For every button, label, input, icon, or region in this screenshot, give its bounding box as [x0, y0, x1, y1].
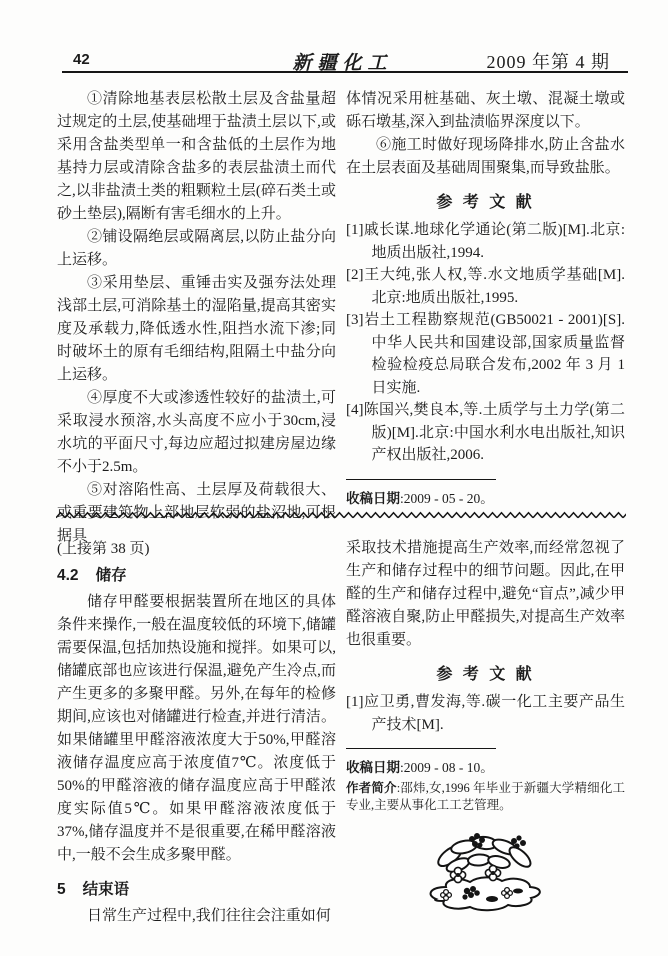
author-bio: 作者简介:邵炜,女,1996 年毕业于新疆大学精细化工专业,主要从事化工工艺管理… — [346, 780, 625, 813]
reference-item: [1]应卫勇,曹发海,等.碳一化工主要产品生产技术[M]. — [346, 691, 625, 736]
paragraph: ②铺设隔绝层或隔离层,以防止盐分向上运移。 — [57, 226, 336, 272]
received-label: 收稿日期 — [346, 491, 400, 506]
paragraph: ③采用垫层、重锤击实及强夯法处理浅部土层,可消除基土的湿陷量,提高其密实度及承载… — [57, 272, 336, 387]
author-bio-label: 作者简介 — [346, 781, 397, 795]
paragraph: 体情况采用桩基础、灰土墩、混凝土墩或砾石墩基,深入到盐渍临界深度以下。 — [346, 88, 625, 134]
continued-note: (上接第 38 页) — [57, 537, 336, 558]
received-label: 收稿日期 — [346, 760, 400, 775]
references-heading: 参 考 文 献 — [346, 661, 625, 684]
section-heading-conclusion: 5结束语 — [57, 877, 336, 899]
journal-page: 42 新疆化工 2009 年第 4 期 ①清除地基表层松散土层及含盐量超过规定的… — [0, 0, 668, 956]
footnote-rule — [346, 479, 496, 480]
reference-item: [3]岩土工程勘察规范(GB50021 - 2001)[S].中华人民共和国建设… — [346, 309, 625, 399]
paragraph: 日常生产过程中,我们往往会注重如何 — [57, 905, 336, 928]
section-number: 4.2 — [57, 567, 79, 584]
paragraph: ①清除地基表层松散土层及含盐量超过规定的土层,使基础埋于盐渍土层以下,或采用含盐… — [57, 88, 336, 226]
section-number: 5 — [57, 881, 66, 898]
bottom-left-column: (上接第 38 页) 4.2储存 储存甲醛要根据装置所在地区的具体条件来操作,一… — [57, 537, 336, 928]
reference-item: [2]王大纯,张人权,等.水文地质学基础[M].北京:地质出版社,1995. — [346, 264, 625, 309]
section-title: 结束语 — [83, 881, 130, 898]
references-heading: 参 考 文 献 — [346, 189, 625, 212]
footnote-rule — [346, 748, 496, 749]
header-rule — [62, 71, 628, 73]
article-bottom: (上接第 38 页) 4.2储存 储存甲醛要根据装置所在地区的具体条件来操作,一… — [57, 537, 625, 928]
zigzag-pattern — [56, 511, 626, 520]
paragraph: 采取技术措施提高生产效率,而经常忽视了生产和储存过程中的细节问题。因此,在甲醛的… — [346, 537, 625, 652]
paragraph: 储存甲醛要根据装置所在地区的具体条件来操作,一般在温度较低的环境下,储罐需要保温… — [57, 591, 336, 867]
section-title: 储存 — [96, 567, 127, 584]
top-right-column: 体情况采用桩基础、灰土墩、混凝土墩或砾石墩基,深入到盐渍临界深度以下。 ⑥施工时… — [346, 88, 625, 548]
reference-item: [1]戚长谋.地球化学通论(第二版)[M].北京:地质出版社,1994. — [346, 219, 625, 264]
received-date: 收稿日期:2009 - 05 - 20。 — [346, 489, 625, 508]
bottom-right-column: 采取技术措施提高生产效率,而经常忽视了生产和储存过程中的细节问题。因此,在甲醛的… — [346, 537, 625, 928]
section-heading-storage: 4.2储存 — [57, 563, 336, 585]
paragraph: ④厚度不大或渗透性较好的盐渍土,可采取浸水预溶,水头高度不应小于30cm,浸水坑… — [57, 387, 336, 479]
page-number: 42 — [73, 51, 90, 68]
article-top: ①清除地基表层松散土层及含盐量超过规定的土层,使基础埋于盐渍土层以下,或采用含盐… — [57, 88, 625, 548]
received-date: 收稿日期:2009 - 08 - 10。 — [346, 758, 625, 777]
wavy-divider — [56, 511, 626, 520]
received-value: :2009 - 05 - 20。 — [400, 491, 494, 506]
flower-illustration — [420, 829, 552, 924]
top-left-column: ①清除地基表层松散土层及含盐量超过规定的土层,使基础埋于盐渍土层以下,或采用含盐… — [57, 88, 336, 548]
received-value: :2009 - 08 - 10。 — [400, 760, 494, 775]
reference-item: [4]陈国兴,樊良本,等.土质学与土力学(第二版)[M].北京:中国水利水电出版… — [346, 399, 625, 467]
page-header: 42 新疆化工 2009 年第 4 期 — [57, 48, 628, 72]
paragraph: ⑥施工时做好现场降排水,防止含盐水在土层表面及基础周围聚集,而导致盐胀。 — [346, 134, 625, 180]
